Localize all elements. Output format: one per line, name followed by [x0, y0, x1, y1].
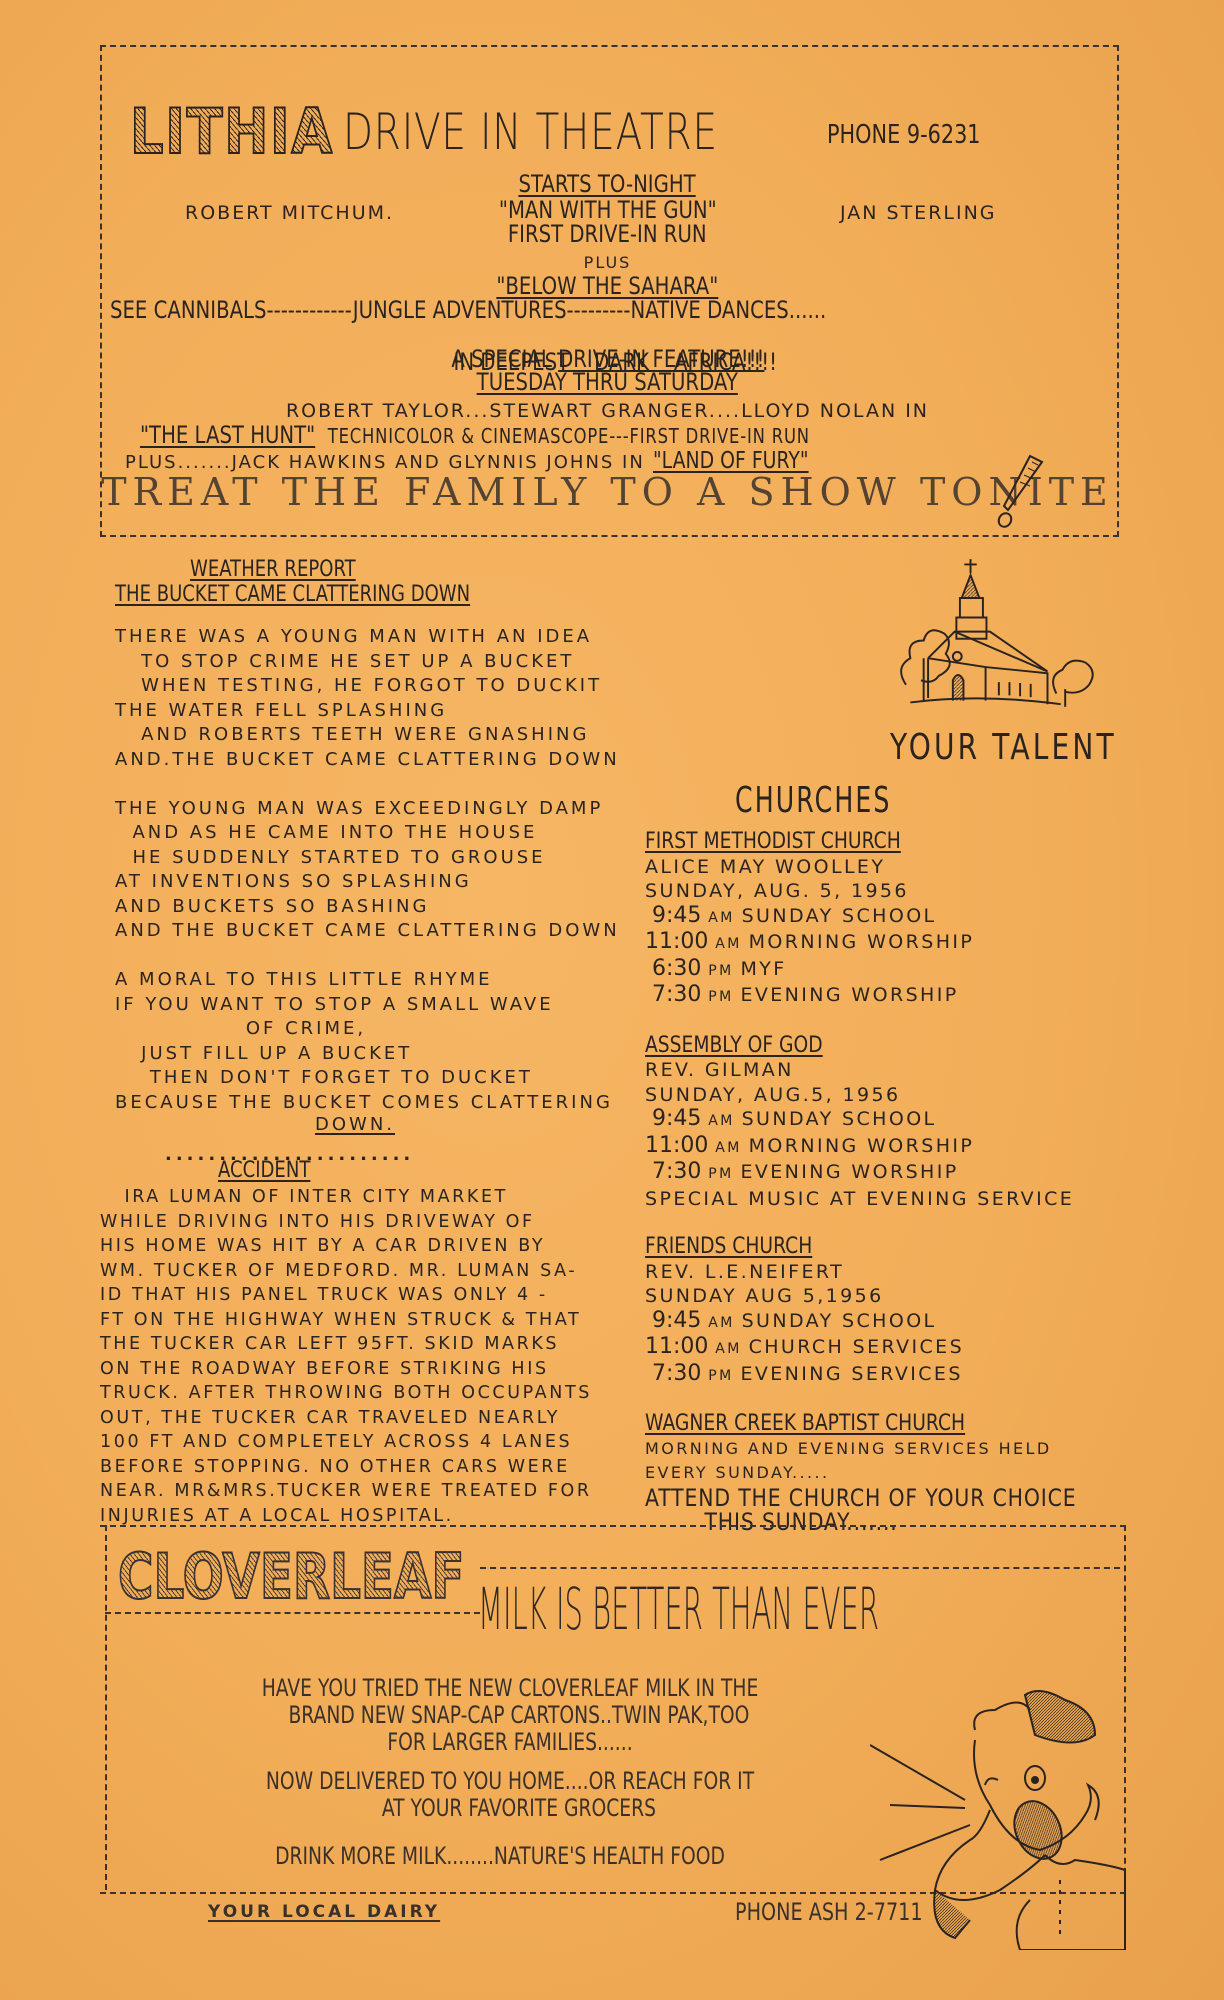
weather-subheading: THE BUCKET CAME CLATTERING DOWN — [115, 582, 470, 607]
plus-label: PLUS — [100, 253, 1115, 272]
poem-line: THE YOUNG MAN WAS EXCEEDINGLY DAMP — [115, 797, 635, 822]
church-name-text: FIRST METHODIST CHURCH — [645, 830, 901, 855]
service-ampm: AM — [708, 1341, 748, 1357]
cloverleaf-logo: CLOVERLEAF — [118, 1540, 464, 1613]
church-name: FIRST METHODIST CHURCH — [645, 830, 1115, 855]
poem-line: THEN DON'T FORGET TO DUCKET — [115, 1066, 635, 1091]
service-event: EVENING WORSHIP — [740, 1161, 958, 1183]
article-line: WM. TUCKER OF MEDFORD. MR. LUMAN SA- — [100, 1259, 620, 1284]
service-row: 7:30 PM EVENING WORSHIP — [645, 1160, 1115, 1187]
service-ampm: PM — [701, 963, 740, 979]
service-row: 7:30 PM EVENING WORSHIP — [645, 983, 1115, 1010]
service-time: 11:00 — [645, 1133, 708, 1158]
church-pastor: REV. L.E.NEIFERT — [645, 1260, 1115, 1285]
service-row: 9:45 AM SUNDAY SCHOOL — [645, 904, 1115, 931]
article-line: HIS HOME WAS HIT BY A CAR DRIVEN BY — [100, 1234, 620, 1259]
service-event: SUNDAY SCHOOL — [742, 1108, 937, 1130]
service-row: 11:00 AM CHURCH SERVICES — [645, 1335, 1115, 1362]
closing-line: ATTEND THE CHURCH OF YOUR CHOICE — [645, 1486, 1045, 1511]
church-name-text: WAGNER CREEK BAPTIST CHURCH — [645, 1412, 965, 1437]
show-days: TUESDAY THRU SATURDAY — [100, 368, 1115, 396]
service-time: 7:30 — [645, 982, 701, 1007]
poem-line: AND AS HE CAME INTO THE HOUSE — [115, 821, 635, 846]
service-time: 7:30 — [645, 1159, 701, 1184]
article-line: OUT, THE TUCKER CAR TRAVELED NEARLY — [100, 1406, 620, 1431]
exclamation-mark-icon — [990, 450, 1050, 530]
article-line: TRUCK. AFTER THROWING BOTH OCCUPANTS — [100, 1381, 620, 1406]
poem-line: JUST FILL UP A BUCKET — [115, 1042, 635, 1067]
service-row: 11:00 AM MORNING WORSHIP — [645, 930, 1115, 957]
church-name-text: FRIENDS CHURCH — [645, 1235, 812, 1260]
service-event: SUNDAY SCHOOL — [742, 1310, 937, 1332]
service-time: 7:30 — [645, 1361, 701, 1386]
service-event: MYF — [740, 958, 786, 980]
church-pastor: ALICE MAY WOOLLEY — [645, 855, 1115, 880]
article-line: IRA LUMAN OF INTER CITY MARKET — [100, 1185, 620, 1210]
service-event: SUNDAY SCHOOL — [742, 905, 937, 927]
ad-paragraph-1: HAVE YOU TRIED THE NEW CLOVERLEAF MILK I… — [221, 1675, 798, 1756]
article-line: 100 FT AND COMPLETELY ACROSS 4 LANES — [100, 1430, 620, 1455]
slogan: TREAT THE FAMILY TO A SHOW TONITE — [100, 470, 1115, 514]
article-line: ID THAT HIS PANEL TRUCK WAS ONLY 4 - — [100, 1283, 620, 1308]
service-event: CHURCH SERVICES — [749, 1336, 964, 1358]
article-line: BEFORE STOPPING. NO OTHER CARS WERE — [100, 1455, 620, 1480]
service-row: 6:30 PM MYF — [645, 957, 1115, 984]
service-ampm: AM — [701, 1113, 741, 1129]
church-pastor: REV. GILMAN — [645, 1058, 1115, 1083]
service-time: 6:30 — [645, 956, 701, 981]
poem-line: BECAUSE THE BUCKET COMES CLATTERING — [115, 1091, 635, 1116]
service-ampm: AM — [701, 910, 741, 926]
church-list: FIRST METHODIST CHURCHALICE MAY WOOLLEYS… — [645, 830, 1115, 1535]
cloverleaf-box-left-border — [105, 1525, 107, 1890]
service-event: EVENING WORSHIP — [740, 984, 958, 1006]
church-entry: FIRST METHODIST CHURCHALICE MAY WOOLLEYS… — [645, 830, 1115, 1010]
poem-line: AT INVENTIONS SO SPLASHING — [115, 870, 635, 895]
churches-heading: CHURCHES — [735, 780, 892, 821]
service-time: 11:00 — [645, 1334, 708, 1359]
poem-line: WHEN TESTING, HE FORGOT TO DUCKIT — [115, 674, 635, 699]
poem-line: AND ROBERTS TEETH WERE GNASHING — [115, 723, 635, 748]
cloverleaf-tagline: MILK IS BETTER THAN EVER — [478, 1575, 879, 1643]
poem-line: IF YOU WANT TO STOP A SMALL WAVE — [115, 993, 635, 1018]
church-entry: FRIENDS CHURCHREV. L.E.NEIFERTSUNDAY AUG… — [645, 1235, 1115, 1388]
weather-poem: THERE WAS A YOUNG MAN WITH AN IDEA TO ST… — [115, 625, 635, 1115]
poem-line: OF CRIME, — [115, 1017, 635, 1042]
weather-heading: WEATHER REPORT — [190, 557, 356, 582]
service-event: MORNING WORSHIP — [749, 931, 975, 953]
service-row: 9:45 AM SUNDAY SCHOOL — [645, 1107, 1115, 1134]
dairy-label: YOUR LOCAL DAIRY — [208, 1902, 440, 1922]
poem-line: THE WATER FELL SPLASHING — [115, 699, 635, 724]
feature-line-3: "THE LAST HUNT" TECHNICOLOR & CINEMASCOP… — [140, 421, 957, 449]
poem-line: TO STOP CRIME HE SET UP A BUCKET — [115, 650, 635, 675]
church-name: FRIENDS CHURCH — [645, 1235, 1115, 1260]
service-event: EVENING SERVICES — [740, 1363, 962, 1385]
poem-line: A MORAL TO THIS LITTLE RHYME — [115, 968, 635, 993]
ad-paragraph-2: NOW DELIVERED TO YOU HOME....OR REACH FO… — [221, 1768, 798, 1822]
service-row: 7:30 PM EVENING SERVICES — [645, 1362, 1115, 1389]
service-ampm: AM — [708, 936, 748, 952]
service-event: MORNING WORSHIP — [749, 1135, 975, 1157]
poem-line: HE SUDDENLY STARTED TO GROUSE — [115, 846, 635, 871]
church-name: WAGNER CREEK BAPTIST CHURCH — [645, 1412, 1115, 1437]
your-talent-caption: YOUR TALENT — [890, 727, 1117, 768]
church-note: MORNING AND EVENING SERVICES HELD — [645, 1437, 1115, 1462]
service-ampm: PM — [701, 1368, 740, 1384]
church-entry: ASSEMBLY OF GODREV. GILMANSUNDAY, AUG.5,… — [645, 1034, 1115, 1212]
accident-article: IRA LUMAN OF INTER CITY MARKETWHILE DRIV… — [100, 1185, 620, 1528]
church-name-text: ASSEMBLY OF GOD — [645, 1034, 823, 1059]
poem-line: THERE WAS A YOUNG MAN WITH AN IDEA — [115, 625, 635, 650]
stanza-gap — [115, 944, 635, 969]
tagline-overline — [480, 1567, 1120, 1569]
service-time: 9:45 — [645, 1106, 701, 1131]
ad-paragraph-3: DRINK MORE MILK........NATURE'S HEALTH F… — [219, 1843, 781, 1870]
church-entry: WAGNER CREEK BAPTIST CHURCHMORNING AND E… — [645, 1412, 1115, 1486]
poem-line: AND.THE BUCKET CAME CLATTERING DOWN — [115, 748, 635, 773]
church-date: SUNDAY, AUG. 5, 1956 — [645, 879, 1115, 904]
theatre-phone: PHONE 9-6231 — [827, 120, 981, 150]
service-ampm: AM — [701, 1315, 741, 1331]
accident-heading: ACCIDENT — [218, 1158, 310, 1183]
service-ampm: PM — [701, 1166, 740, 1182]
poem-last-word: DOWN. — [315, 1113, 395, 1138]
starts-tonight: STARTS TO-NIGHT — [100, 170, 1115, 198]
article-line: ON THE ROADWAY BEFORE STRIKING HIS — [100, 1357, 620, 1382]
service-time: 11:00 — [645, 929, 708, 954]
milkman-boy-illustration — [870, 1600, 1128, 1950]
cast-line: ROBERT TAYLOR...STEWART GRANGER....LLOYD… — [100, 400, 1115, 422]
church-name: ASSEMBLY OF GOD — [645, 1034, 1115, 1059]
church-date: SUNDAY, AUG.5, 1956 — [645, 1083, 1115, 1108]
service-ampm: AM — [708, 1140, 748, 1156]
article-line: WHILE DRIVING INTO HIS DRIVEWAY OF — [100, 1210, 620, 1235]
theatre-logo: LITHIA — [130, 95, 334, 168]
article-line: FT ON THE HIGHWAY WHEN STRUCK & THAT — [100, 1308, 620, 1333]
article-line: THE TUCKER CAR LEFT 95FT. SKID MARKS — [100, 1332, 620, 1357]
church-note: EVERY SUNDAY..... — [645, 1461, 1115, 1486]
logo-underline — [105, 1612, 480, 1614]
service-ampm: PM — [701, 989, 740, 1005]
service-time: 9:45 — [645, 1308, 701, 1333]
poem-line: AND THE BUCKET CAME CLATTERING DOWN — [115, 919, 635, 944]
service-row: 11:00 AM MORNING WORSHIP — [645, 1134, 1115, 1161]
service-row: 9:45 AM SUNDAY SCHOOL — [645, 1309, 1115, 1336]
theatre-name: DRIVE IN THEATRE — [343, 103, 718, 161]
poem-line: AND BUCKETS SO BASHING — [115, 895, 635, 920]
feature-note-1: FIRST DRIVE-IN RUN — [100, 220, 1115, 248]
article-line: NEAR. MR&MRS.TUCKER WERE TREATED FOR — [100, 1479, 620, 1504]
church-date: SUNDAY AUG 5,1956 — [645, 1284, 1115, 1309]
church-note: SPECIAL MUSIC AT EVENING SERVICE — [645, 1187, 1115, 1212]
stanza-gap — [115, 772, 635, 797]
church-illustration — [875, 548, 1105, 733]
service-time: 9:45 — [645, 903, 701, 928]
